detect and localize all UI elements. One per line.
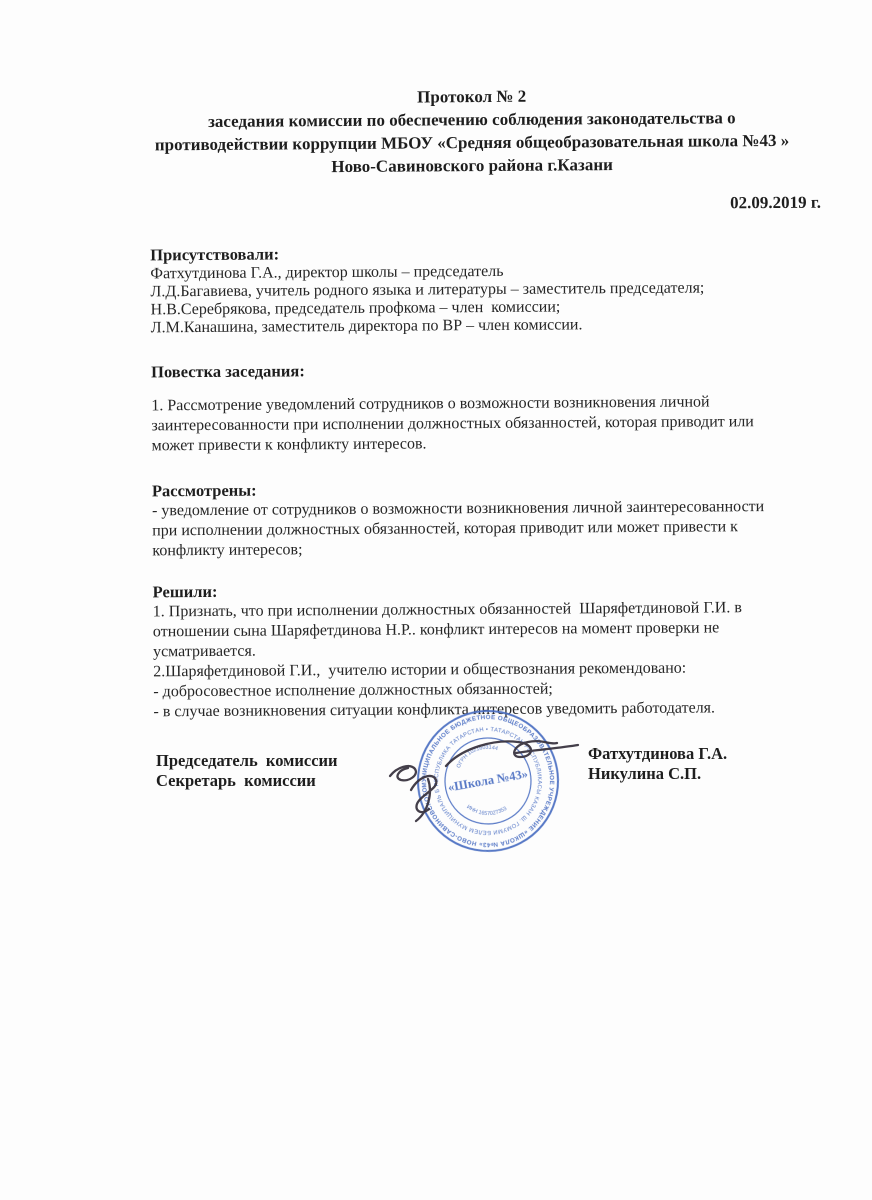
signature-name-chairman: Фатхутдинова Г.А.	[588, 744, 727, 763]
signature-role-chairman: Председатель комиссии	[156, 751, 338, 770]
signature-role-secretary: Секретарь комиссии	[156, 771, 316, 790]
agenda-heading: Повестка заседания:	[151, 357, 824, 383]
attendee-line: Л.М.Канашина, заместитель директора по В…	[151, 315, 824, 338]
document-date: 02.09.2019 г.	[150, 192, 823, 218]
document-body: Протокол № 2 заседания комиссии по обесп…	[149, 0, 827, 722]
title-line: противодействии коррупции МБОУ «Средняя …	[149, 129, 794, 157]
decided-section: Решили: 1. Признать, что при исполнении …	[153, 577, 827, 723]
considered-section: Рассмотрены: - уведомление от сотруднико…	[152, 476, 826, 562]
considered-line: конфликту интересов;	[152, 537, 825, 562]
chairman-signature-stroke	[446, 741, 557, 766]
agenda-section: Повестка заседания: 1. Рассмотрение увед…	[151, 357, 825, 457]
document-title: Протокол № 2 заседания комиссии по обесп…	[149, 83, 795, 180]
handwritten-signatures	[370, 730, 605, 830]
scanned-protocol-page: Протокол № 2 заседания комиссии по обесп…	[0, 0, 872, 1200]
attendees-section: Присутствовали: Фатхутдинова Г.А., дирек…	[150, 240, 824, 338]
agenda-line: может привести к конфликту интересов.	[152, 432, 825, 457]
secretary-signature-stroke	[411, 776, 436, 812]
chairman-signature-strike	[516, 745, 578, 753]
secretary-signature-stroke	[390, 766, 416, 780]
title-line: Ново-Савиновского района г.Казани	[150, 152, 795, 180]
